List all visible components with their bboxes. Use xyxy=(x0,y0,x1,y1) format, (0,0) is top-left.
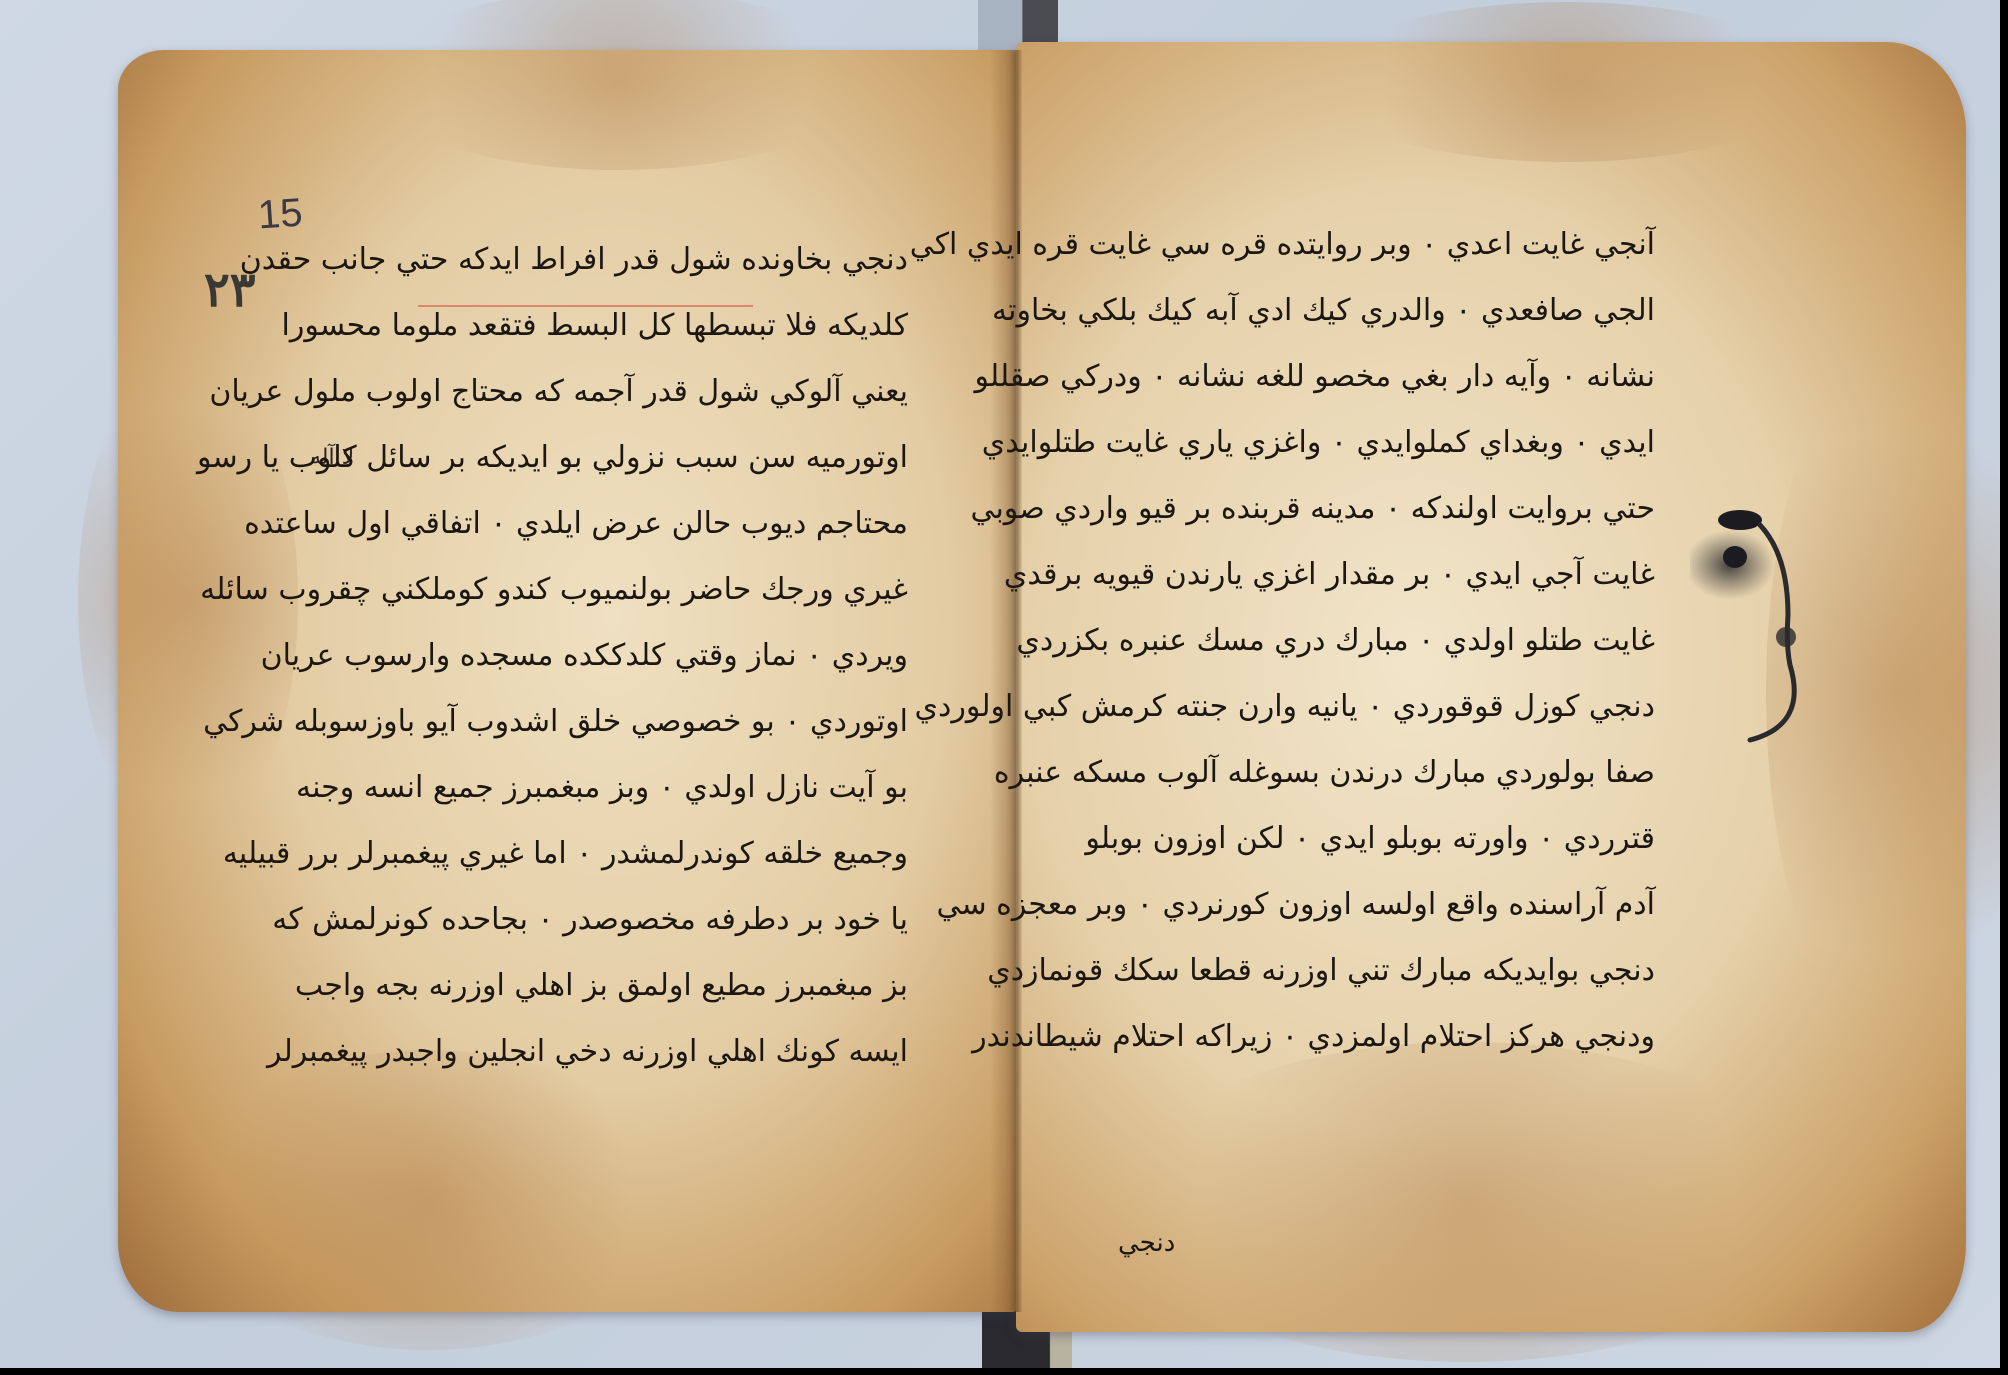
text-line: غيري ورجك حاضر بولنميوب كندو كوملكني چقر… xyxy=(388,570,908,610)
text-line: آنجي غايت اعدي ۰ وبر روايتده قره سي غايت… xyxy=(1110,225,1655,265)
text-line: اوتوردي ۰ بو خصوصي خلق اشدوب آيو باوزسوب… xyxy=(388,702,908,742)
text-line: اوتورميه سن سبب نزولي بو ايديكه بر سائل … xyxy=(388,438,908,478)
text-line: دنجي بخاونده شول قدر افراط ايدكه حتي جان… xyxy=(388,240,908,280)
left-text-block: دنجي بخاونده شول قدر افراط ايدكه حتي جان… xyxy=(388,240,908,1120)
text-line: آدم آراسنده واقع اولسه اوزون كورنردي ۰ و… xyxy=(1110,885,1655,925)
text-line: بز مبغمبرز مطيع اولمق بز اهلي اوزرنه بجه… xyxy=(388,966,908,1006)
text-line: غايت آجي ايدي ۰ بر مقدار اغزي يارندن قيو… xyxy=(1110,555,1655,595)
right-text-block: آنجي غايت اعدي ۰ وبر روايتده قره سي غايت… xyxy=(1110,225,1655,1105)
text-line: ويردي ۰ نماز وقتي كلدككده مسجده وارسوب ع… xyxy=(388,636,908,676)
text-line: محتاجم ديوب حالن عرض ايلدي ۰ اتفاقي اول … xyxy=(388,504,908,544)
water-stain xyxy=(1316,2,1816,162)
text-line: ايسه كونك اهلي اوزرنه دخي انجلين واجبدر … xyxy=(388,1032,908,1072)
catchword: دنجي xyxy=(1118,1228,1175,1258)
frame-border-bottom xyxy=(0,1368,2008,1375)
text-line: يعني آلوكي شول قدر آجمه كه محتاج اولوب م… xyxy=(388,372,908,412)
water-stain xyxy=(368,0,868,170)
text-line: دنجي بوايديكه مبارك تني اوزرنه قطعا سكك … xyxy=(1110,951,1655,991)
folio-number-western: 15 xyxy=(256,191,304,239)
text-line: بو آيت نازل اولدي ۰ وبز مبغمبرز جميع انس… xyxy=(388,768,908,808)
text-line: يا خود بر دطرفه مخصوصدر ۰ بجاحده كونرلمش… xyxy=(388,900,908,940)
text-line: وجميع خلقه كوندرلمشدر ۰ اما غيري پيغمبرل… xyxy=(388,834,908,874)
text-line: الجي صافعدي ۰ والدري كيك ادي آبه كيك بلك… xyxy=(1110,291,1655,331)
text-line: ودنجي هركز احتلام اولمزدي ۰ زيراكه احتلا… xyxy=(1110,1017,1655,1057)
text-line: غايت طتلو اولدي ۰ مبارك دري مسك عنبره بك… xyxy=(1110,621,1655,661)
frame-border-right xyxy=(2000,0,2008,1375)
text-line: حتي بروايت اولندكه ۰ مدينه قربنده بر قيو… xyxy=(1110,489,1655,529)
text-line: صفا بولوردي مبارك درندن بسوغله آلوب مسكه… xyxy=(1110,753,1655,793)
text-line: ايدي ۰ وبغداي كملوايدي ۰ واغزي ياري غايت… xyxy=(1110,423,1655,463)
text-line: دنجي كوزل قوقوردي ۰ يانيه وارن جنته كرمش… xyxy=(1110,687,1655,727)
text-line: قترردي ۰ واورته بوبلو ايدي ۰ لكن اوزون ب… xyxy=(1110,819,1655,859)
text-line: نشانه ۰ وآيه دار بغي مخصو للغه نشانه ۰ و… xyxy=(1110,357,1655,397)
ink-stain-icon xyxy=(1690,495,1810,755)
text-line: كلديكه فلا تبسطها كل البسط فتقعد ملوما م… xyxy=(388,306,908,346)
